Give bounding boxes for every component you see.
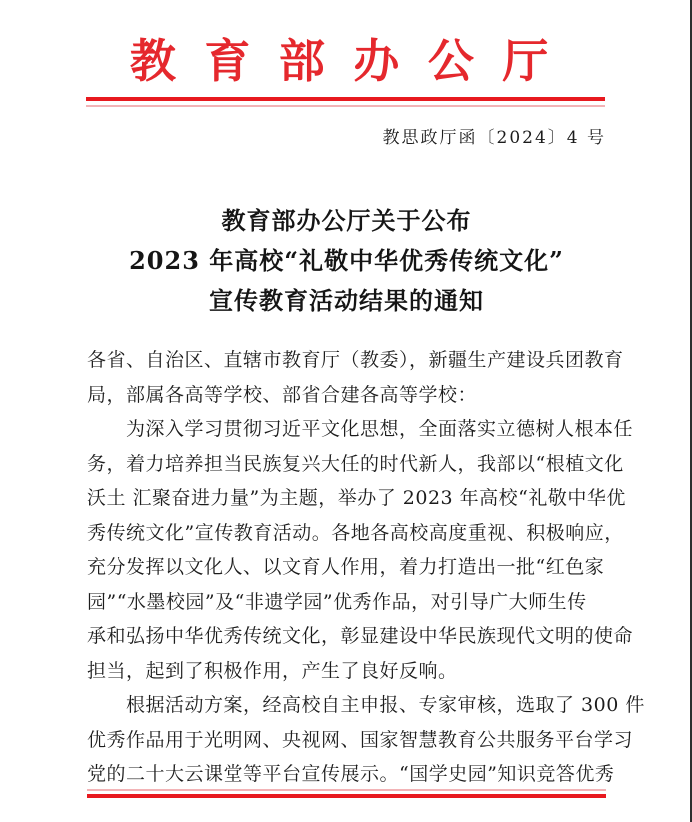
body-line: 充分发挥以文化人、以文育人作用，着力打造出一批“红色家 — [87, 550, 606, 585]
body-line: 根据活动方案，经高校自主申报、专家审核，选取了 300 件 — [87, 688, 606, 723]
document-page: 教育部办公厅 教思政厅函〔2024〕4 号 教育部办公厅关于公布 2023 年高… — [0, 0, 692, 822]
body-line: 各省、自治区、直辖市教育厅（教委），新疆生产建设兵团教育 — [87, 343, 606, 378]
body-line: 担当，起到了积极作用，产生了良好反响。 — [87, 654, 606, 689]
body-line: 秀传统文化”宣传教育活动。各地各高校高度重视、积极响应， — [87, 516, 606, 551]
page-footer-separator-rule — [87, 789, 606, 798]
body-line: 党的二十大云课堂等平台宣传展示。“国学史园”知识竞答优秀 — [87, 757, 606, 792]
agency-letterhead: 教育部办公厅 — [87, 34, 606, 88]
document-number: 教思政厅函〔2024〕4 号 — [87, 126, 606, 150]
body-line: 沃土 汇聚奋进力量”为主题，举办了 2023 年高校“礼敬中华优 — [87, 481, 606, 516]
body-line: 园”“水墨校园”及“非遗学园”优秀作品，对引导广大师生传 — [87, 585, 606, 620]
document-title: 教育部办公厅关于公布 2023 年高校“礼敬中华优秀传统文化” 宣传教育活动结果… — [57, 201, 636, 321]
body-line: 为深入学习贯彻习近平文化思想，全面落实立德树人根本任 — [87, 412, 606, 447]
body-line: 承和弘扬中华优秀传统文化，彰显建设中华民族现代文明的使命 — [87, 619, 606, 654]
body-line: 优秀作品用于光明网、央视网、国家智慧教育公共服务平台学习 — [87, 723, 606, 758]
body-line: 务，着力培养担当民族复兴大任的时代新人，我部以“根植文化 — [87, 447, 606, 482]
document-body: 各省、自治区、直辖市教育厅（教委），新疆生产建设兵团教育 局，部属各高等学校、部… — [87, 343, 606, 792]
title-line: 2023 年高校“礼敬中华优秀传统文化” — [57, 241, 636, 281]
title-line: 宣传教育活动结果的通知 — [57, 281, 636, 321]
letterhead-separator-rule — [86, 97, 605, 107]
body-line: 局，部属各高等学校、部省合建各高等学校： — [87, 378, 606, 413]
title-line: 教育部办公厅关于公布 — [57, 201, 636, 241]
